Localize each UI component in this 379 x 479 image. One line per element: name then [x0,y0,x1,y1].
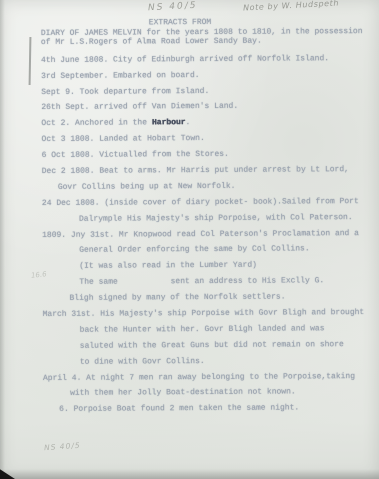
overstruck-word: Harbour [152,118,186,127]
document-line: of Mr L.S.Rogers of Alma Road Lower Sand… [41,36,367,48]
scan-edge-artifact [29,37,32,85]
archive-reference-handwritten: NS 40/5 [148,1,198,14]
document-line: 6. Porpoise Boat found 2 men taken the s… [43,403,369,421]
bottom-edge-shadow [0,469,379,479]
line-text: Oct 2. Anchored in the [41,119,151,129]
note-attribution-handwritten: Note by W. Hudspeth [243,0,339,13]
bottom-archive-reference-handwritten: NS 40/5 [44,441,81,453]
left-edge-shadow [0,0,5,479]
margin-pencil-mark: 16.6 [31,270,47,280]
line-text: . [185,118,190,127]
scanned-document-page: NS 40/5 Note by W. Hudspeth EXTRACTS FRO… [0,0,379,479]
typed-text: EXTRACTS FROMDIARY OF JAMES MELVIN for t… [41,17,369,421]
